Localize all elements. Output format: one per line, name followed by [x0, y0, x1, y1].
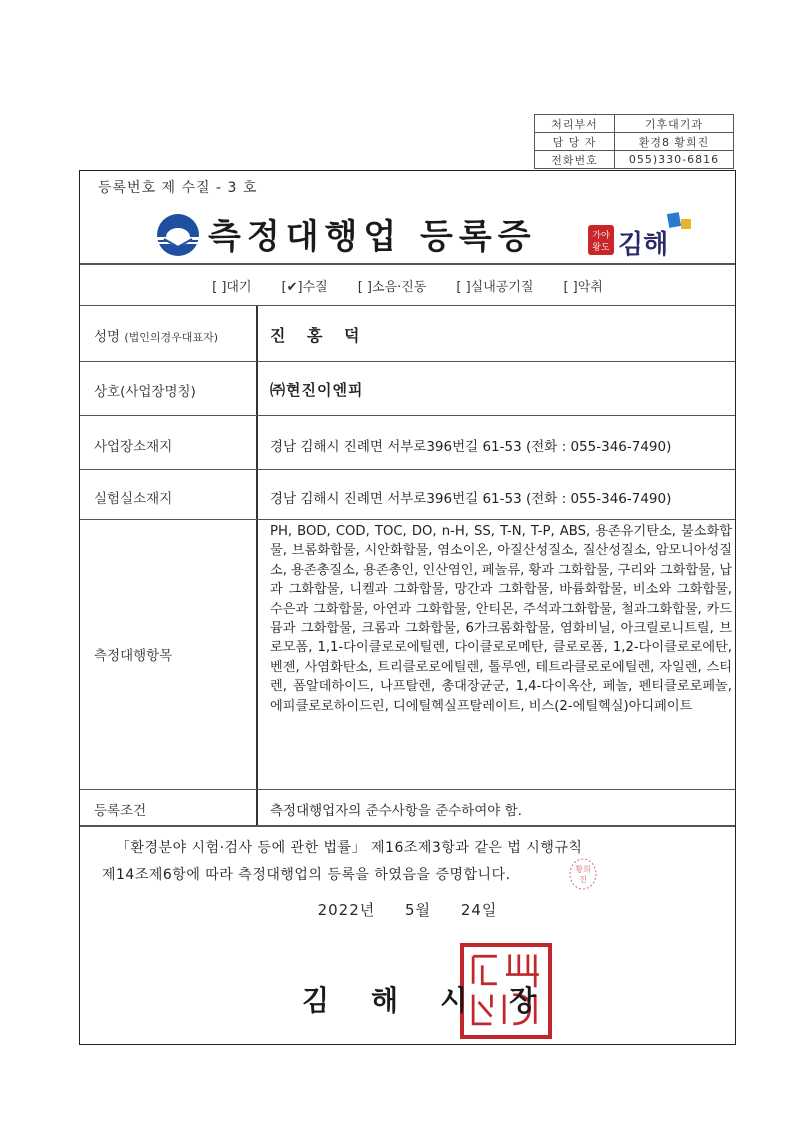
field-label: 상호(사업장명칭)	[94, 380, 196, 400]
category-air: [ ]대기	[212, 276, 251, 295]
field-row-name: 성명 (법인의경우대표자) 진 홍 덕	[80, 305, 735, 361]
routing-value: 기후대기과	[615, 115, 734, 133]
checkbox-mark: [ ]	[563, 280, 577, 295]
routing-key: 처리부서	[535, 115, 615, 133]
category-label: 실내공기질	[471, 280, 534, 295]
document-title: 측정대행업 등록증	[208, 209, 537, 258]
field-label: 등록조건	[94, 799, 146, 819]
gimhae-city-logo-icon: 가야 왕도 김해	[586, 211, 696, 259]
measurement-items-list: PH, BOD, COD, TOC, DO, n-H, SS, T-N, T-P…	[270, 522, 732, 716]
category-label: 악취	[578, 280, 603, 295]
category-odor: [ ]악취	[563, 276, 602, 295]
category-label: 대기	[226, 280, 251, 295]
svg-text:가야: 가야	[592, 229, 610, 241]
field-label: 측정대행항목	[94, 644, 172, 664]
registration-condition: 측정대행업자의 준수사항을 준수하여야 함.	[270, 799, 522, 819]
company-name: ㈜현진이엔피	[270, 379, 363, 400]
column-divider	[256, 306, 258, 361]
svg-text:왕도: 왕도	[592, 241, 610, 253]
routing-value: 055)330-6816	[615, 151, 734, 169]
issuer-name: 김해시장	[302, 979, 578, 1019]
column-divider	[256, 790, 258, 825]
field-row-business-address: 사업장소재지 경남 김해시 진례면 서부로396번길 61-53 (전화 : 0…	[80, 415, 735, 469]
lab-address: 경남 김해시 진례면 서부로396번길 61-53 (전화 : 055-346-…	[270, 487, 671, 507]
representative-name: 진 홍 덕	[270, 323, 368, 346]
checkbox-mark-checked: [✔]	[282, 280, 303, 295]
divider	[80, 825, 735, 827]
field-label: 성명 (법인의경우대표자)	[94, 325, 218, 345]
date-day: 24일	[461, 901, 498, 919]
field-label: 실험실소재지	[94, 487, 172, 507]
title-row: 측정대행업 등록증 가야 왕도 김해	[80, 201, 735, 261]
field-row-lab-address: 실험실소재지 경남 김해시 진례면 서부로396번길 61-53 (전화 : 0…	[80, 469, 735, 519]
issue-date: 2022년 5월 24일	[80, 899, 735, 920]
svg-text:황희: 황희	[575, 864, 590, 874]
column-divider	[256, 470, 258, 519]
column-divider	[256, 416, 258, 469]
routing-row: 처리부서 기후대기과	[535, 115, 734, 133]
column-divider	[256, 520, 258, 789]
field-row-condition: 등록조건 측정대행업자의 준수사항을 준수하여야 함.	[80, 789, 735, 825]
svg-text:김해: 김해	[618, 229, 668, 259]
business-address: 경남 김해시 진례면 서부로396번길 61-53 (전화 : 055-346-…	[270, 435, 671, 455]
certificate-frame: 등록번호 제 수질 - 3 호 측정대행업 등록증 가야 왕도 김해 [ ]대기…	[79, 170, 736, 1045]
date-year: 2022년	[318, 901, 376, 919]
category-checkboxes: [ ]대기 [✔]수질 [ ]소음·진동 [ ]실내공기질 [ ]악취	[80, 267, 735, 303]
certification-text-line1: 「환경분야 시험·검사 등에 관한 법률」 제16조제3항과 같은 법 시행규칙	[80, 837, 735, 857]
checkbox-mark: [ ]	[212, 280, 226, 295]
certification-text-line2: 제14조제6항에 따라 측정대행업의 등록을 하였음을 증명합니다.	[80, 864, 735, 884]
field-row-measurement-items: 측정대행항목 PH, BOD, COD, TOC, DO, n-H, SS, T…	[80, 519, 735, 789]
category-label: 수질	[303, 280, 328, 295]
official-small-seal-icon: 황희 진	[568, 857, 598, 891]
svg-text:진: 진	[579, 874, 587, 884]
field-row-company: 상호(사업장명칭) ㈜현진이엔피	[80, 361, 735, 415]
routing-value: 환경8 황희진	[615, 133, 734, 151]
column-divider	[256, 362, 258, 415]
category-label: 소음·진동	[372, 280, 426, 295]
date-month: 5월	[405, 901, 431, 919]
field-label: 사업장소재지	[94, 435, 172, 455]
checkbox-mark: [ ]	[456, 280, 470, 295]
routing-table: 처리부서 기후대기과 담 당 자 환경8 황희진 전화번호 055)330-68…	[534, 114, 734, 169]
routing-row: 전화번호 055)330-6816	[535, 151, 734, 169]
gimhae-emblem-icon	[156, 213, 200, 257]
category-noise: [ ]소음·진동	[358, 276, 427, 295]
routing-key: 담 당 자	[535, 133, 615, 151]
routing-row: 담 당 자 환경8 황희진	[535, 133, 734, 151]
category-indoor-air: [ ]실내공기질	[456, 276, 533, 295]
checkbox-mark: [ ]	[358, 280, 372, 295]
routing-key: 전화번호	[535, 151, 615, 169]
divider	[80, 263, 735, 265]
category-water: [✔]수질	[282, 276, 328, 295]
registration-number: 등록번호 제 수질 - 3 호	[98, 177, 257, 197]
